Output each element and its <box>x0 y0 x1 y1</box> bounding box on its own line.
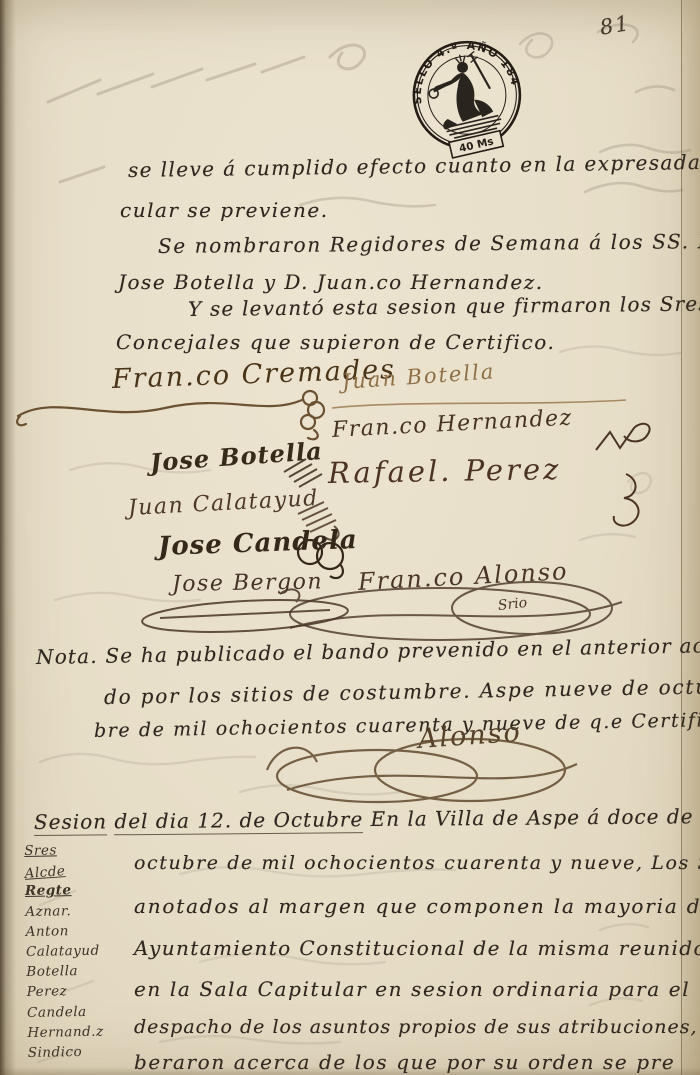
session-line: despacho de los asuntos propios de sus a… <box>134 1016 700 1038</box>
nota-line: do por los sitios de costumbre. Aspe nue… <box>104 674 700 709</box>
manuscript-line: Y se levantó esta sesion que firmaron lo… <box>188 292 700 321</box>
manuscript-line: Concejales que supieron de Certifico. <box>116 330 556 354</box>
session-margin-word: Sesion <box>34 809 107 836</box>
page-number: 81 <box>598 11 632 40</box>
signature-bergon: Jose Bergon <box>172 569 323 597</box>
margin-attendee-list: Sres Alcde Regte Aznar. Anton Calatayud … <box>24 839 140 1063</box>
session-heading-rest: En la Villa de Aspe á doce de <box>370 804 693 831</box>
manuscript-page: 81 SELLO 4.º AÑO 1849 40 Ms <box>0 0 700 1075</box>
signature-flourish <box>10 386 355 444</box>
signature-alonso: Fran.co Alonso <box>357 557 569 596</box>
margin-name: Perez <box>27 980 139 1002</box>
margin-name: Aznar. <box>25 900 137 922</box>
signature-rubric <box>592 418 664 460</box>
manuscript-line: Jose Botella y D. Juan.co Hernandez. <box>118 270 544 294</box>
margin-name: Anton <box>25 920 137 942</box>
nota-line: Nota. Se ha publicado el bando prevenido… <box>36 633 700 669</box>
session-heading: Sesion del dia 12. de Octubre En la Vill… <box>34 804 694 834</box>
signature-rafael-perez: Rafael. Perez <box>328 452 562 490</box>
signature-hernandez: Fran.co Hernandez <box>331 405 573 443</box>
margin-name: Sindico <box>28 1041 140 1063</box>
session-date-underlined: del dia 12. de Octubre <box>114 807 363 835</box>
signature-calatayud: Juan Calatayud <box>127 486 319 521</box>
margin-name: Candela <box>27 1001 139 1023</box>
margin-name: Botella <box>26 960 138 982</box>
signature-rubric <box>596 470 656 530</box>
session-line: Ayuntamiento Constitucional de la misma … <box>134 936 700 960</box>
signature-alonso-title: Srio <box>497 595 528 614</box>
signature-nota-alonso: Alonso <box>417 717 523 755</box>
session-line: beraron acerca de los que por su orden s… <box>134 1050 675 1074</box>
nota-line: bre de mil ochocientos cuarenta y nueve … <box>94 709 700 742</box>
manuscript-line: se lleve á cumplido efecto cuanto en la … <box>128 149 700 182</box>
session-line: anotados al margen que componen la mayor… <box>134 894 700 918</box>
binding-edge <box>0 0 16 1075</box>
session-line: octubre de mil ochocientos cuarenta y nu… <box>134 852 700 874</box>
manuscript-line: cular se previene. <box>120 198 329 222</box>
margin-name: Calatayud <box>26 940 138 962</box>
signature-jose-botella: Jose Botella <box>149 436 324 477</box>
margin-name: Hernand.z <box>27 1021 139 1043</box>
manuscript-line: Se nombraron Regidores de Semana á los S… <box>158 229 700 258</box>
session-line: en la Sala Capitular en sesion ordinaria… <box>134 977 690 1001</box>
signature-candela: Jose Candela <box>157 525 358 562</box>
